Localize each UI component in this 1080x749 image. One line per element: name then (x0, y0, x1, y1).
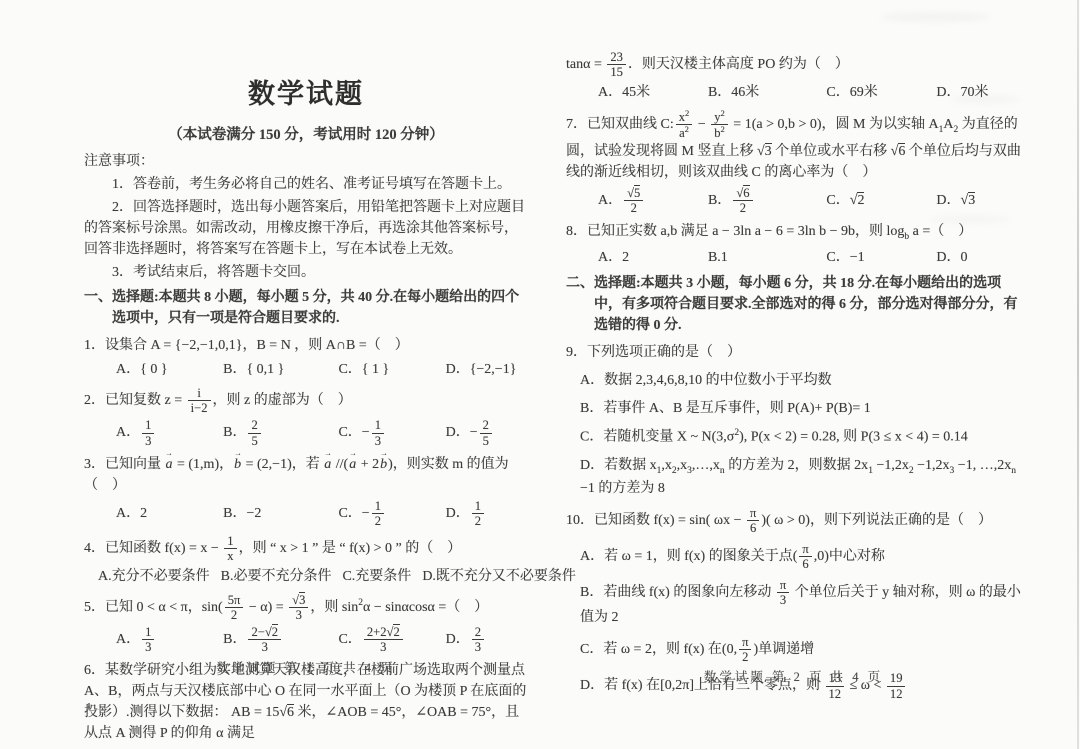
question-3-stem: 3．已知向量 a = (1,m)，b = (2,−1)，若 a //(a + 2… (84, 454, 528, 496)
question-7-stem: 7．已知双曲线 C:x2a2 − y2b2 = 1(a > 0,b > 0)，圆… (566, 109, 1021, 183)
exam-subtitle: （本试卷满分 150 分，考试用时 120 分钟） (84, 125, 528, 147)
question-5: 5．已知 0 < α < π，sin(5π2 − α) = √33，则 sin2… (84, 593, 528, 654)
option-b: B．46米 (708, 82, 826, 103)
option-a: A．若 ω = 1，则 f(x) 的图象关于点(π6,0)中心对称 (580, 542, 1021, 571)
question-5-stem: 5．已知 0 < α < π，sin(5π2 − α) = √33，则 sin2… (84, 593, 528, 622)
question-3-options: A．2 B．−2 C．−12 D．12 (84, 499, 528, 528)
option-b: B.必要不充分条件 (221, 566, 332, 587)
question-2-stem: 2．已知复数 z = ii−2，则 z 的虚部为（ ） (84, 386, 528, 415)
question-6-continued: tanα = 2315．则天汉楼主体高度 PO 约为（ ） A．45米 B．46… (566, 50, 1021, 103)
option-a: A．{ 0 } (116, 359, 223, 380)
option-b: B．2−√23 (223, 625, 338, 654)
exam-page-1: 数学试题 （本试卷满分 150 分，考试用时 120 分钟） 注意事项： 1．答… (84, 74, 528, 746)
scan-smudge (880, 12, 990, 22)
notice-title: 注意事项： (84, 151, 528, 172)
option-d: D．{−2,−1} (446, 359, 528, 380)
question-1: 1．设集合 A = {−2,−1,0,1}，B = N ，则 A∩B =（ ） … (84, 335, 528, 380)
option-d: D．√3 (936, 190, 1021, 211)
option-a: A．13 (116, 418, 223, 447)
question-2: 2．已知复数 z = ii−2，则 z 的虚部为（ ） A．13 B．25 C．… (84, 386, 528, 447)
option-b: B．−2 (223, 503, 338, 524)
option-c: C．−13 (338, 418, 445, 447)
option-d: D．70米 (936, 82, 1021, 103)
option-c: C．2+2√23 (338, 625, 445, 654)
option-b: B．{ 0,1 } (223, 359, 338, 380)
question-6-continued-stem: tanα = 2315．则天汉楼主体高度 PO 约为（ ） (566, 50, 1021, 79)
page-1-footer: 数学试题 第 1 页 共 4 页 (84, 659, 528, 678)
question-5-options: A．13 B．2−√23 C．2+2√23 D．23 (84, 625, 528, 654)
option-c: C．−12 (338, 499, 445, 528)
option-a: A.充分不必要条件 (98, 566, 210, 587)
question-2-options: A．13 B．25 C．−13 D．−25 (84, 418, 528, 447)
option-c: C．若随机变量 X ~ N(3,σ2), P(x < 2) = 0.28, 则 … (580, 426, 1021, 448)
exam-page-2: tanα = 2315．则天汉楼主体高度 PO 约为（ ） A．45米 B．46… (566, 44, 1021, 708)
question-7-options: A．√52 B．√62 C．√2 D．√3 (566, 186, 1021, 215)
option-c: C．若 ω = 2，则 f(x) 在(0,π2)单调递增 (580, 635, 1021, 664)
notice-item-3: 3．考试结束后，将答题卡交回。 (84, 262, 528, 283)
notice-item-2: 2．回答选择题时，选出每小题答案后，用铅笔把答题卡上对应题目的答案标号涂黑。如需… (84, 197, 528, 260)
question-3: 3．已知向量 a = (1,m)，b = (2,−1)，若 a //(a + 2… (84, 454, 528, 528)
option-a: A．2 (598, 247, 708, 268)
question-4: 4．已知函数 f(x) = x − 1x，则 “ x > 1 ” 是 “ f(x… (84, 534, 528, 587)
section-1-header: 一、选择题:本题共 8 小题，每小题 5 分，共 40 分.在每小题给出的四个选… (84, 287, 528, 329)
option-d: D．12 (446, 499, 528, 528)
option-d: D.既不充分又不必要条件 (422, 566, 576, 587)
option-d: D．−25 (446, 418, 528, 447)
option-d: D．23 (446, 625, 528, 654)
option-c: C．√2 (826, 190, 936, 211)
question-7: 7．已知双曲线 C:x2a2 − y2b2 = 1(a > 0,b > 0)，圆… (566, 109, 1021, 215)
question-8: 8．已知正实数 a,b 满足 a − 3ln a − 6 = 3ln b − 9… (566, 221, 1021, 268)
option-a: A．√52 (598, 186, 708, 215)
option-c: C．69米 (826, 82, 936, 103)
option-c: C.充要条件 (342, 566, 411, 587)
question-4-stem: 4．已知函数 f(x) = x − 1x，则 “ x > 1 ” 是 “ f(x… (84, 534, 528, 563)
option-b: B．若事件 A、B 是互斥事件，则 P(A)+ P(B)= 1 (580, 398, 1021, 419)
option-b: B．25 (223, 418, 338, 447)
question-1-stem: 1．设集合 A = {−2,−1,0,1}，B = N ，则 A∩B =（ ） (84, 335, 528, 356)
section-2-header: 二、选择题:本题共 3 小题，每小题 6 分，共 18 分.在每小题给出的选项中… (566, 273, 1021, 336)
question-8-stem: 8．已知正实数 a,b 满足 a − 3ln a − 6 = 3ln b − 9… (566, 221, 1021, 244)
option-c: C．{ 1 } (338, 359, 445, 380)
question-6-options: A．45米 B．46米 C．69米 D．70米 (566, 82, 1021, 103)
question-9-stem: 9．下列选项正确的是（ ） (566, 342, 1021, 363)
scanned-exam-sheet: 数学试题 （本试卷满分 150 分，考试用时 120 分钟） 注意事项： 1．答… (0, 0, 1080, 749)
option-c: C．−1 (826, 247, 936, 268)
question-1-options: A．{ 0 } B．{ 0,1 } C．{ 1 } D．{−2,−1} (84, 359, 528, 380)
option-b: B．√62 (708, 186, 826, 215)
notice-item-1: 1．答卷前，考生务必将自己的姓名、准考证号填写在答题卡上。 (84, 174, 528, 195)
option-a: A．45米 (598, 82, 708, 103)
page-2-footer: 数学试题 第 2 页 共 4 页 (566, 668, 1021, 687)
option-b: B.1 (708, 247, 826, 268)
option-d: D．若数据 x1,x2,x3,…,xn 的方差为 2，则数据 2x1 −1,2x… (580, 455, 1021, 499)
exam-title: 数学试题 (84, 74, 528, 115)
option-a: A．2 (116, 503, 223, 524)
scan-edge-shadow (1077, 0, 1079, 749)
option-d: D．0 (936, 247, 1021, 268)
option-a: A．13 (116, 625, 223, 654)
option-a: A．数据 2,3,4,6,8,10 的中位数小于平均数 (580, 370, 1021, 391)
question-4-options: A.充分不必要条件 B.必要不充分条件 C.充要条件 D.既不充分又不必要条件 (84, 566, 528, 587)
question-8-options: A．2 B.1 C．−1 D．0 (566, 247, 1021, 268)
question-10-stem: 10．已知函数 f(x) = sin( ωx − π6)( ω > 0)，则下列… (566, 506, 1021, 535)
question-9: 9．下列选项正确的是（ ） A．数据 2,3,4,6,8,10 的中位数小于平均… (566, 342, 1021, 499)
option-b: B．若曲线 f(x) 的图象向左移动 π3 个单位后关于 y 轴对称，则 ω 的… (580, 578, 1021, 628)
